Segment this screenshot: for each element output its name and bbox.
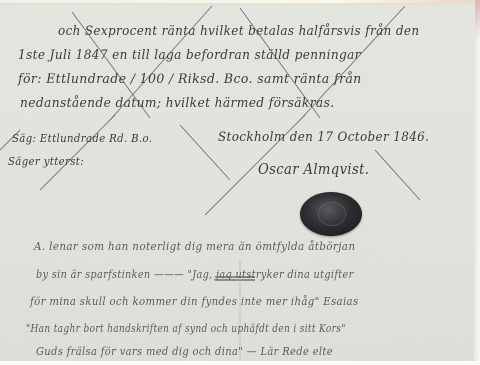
amount-note-line-1: Säg: Ettlundrade Rd. B.o. bbox=[12, 132, 152, 145]
body-line-1: och Sexprocent ränta hvilket betalas hal… bbox=[58, 24, 419, 39]
scan-bottom-margin bbox=[0, 361, 480, 365]
page-right-edge bbox=[474, 0, 480, 365]
wax-seal-icon bbox=[300, 192, 362, 236]
annotation-line-2: by sin är sparfstinken ——— "Jag, jag uts… bbox=[36, 268, 354, 281]
body-line-4: nedanstående datum; hvilket härmed försä… bbox=[20, 96, 335, 111]
annotation-line-1: A. lenar som han noterligt dig mera än ö… bbox=[34, 240, 355, 253]
signature: Oscar Almqvist. bbox=[258, 160, 369, 178]
annotation-line-4: "Han taghr bort handskriften af synd och… bbox=[26, 322, 346, 335]
body-line-2: 1ste Juli 1847 en till laga befordran st… bbox=[18, 48, 361, 63]
amount-note-line-2: Säger ytterst: bbox=[8, 155, 84, 168]
page-top-edge bbox=[0, 0, 480, 3]
annotation-line-3: för mina skull och kommer din fyndes int… bbox=[30, 295, 359, 308]
annotation-line-5: Guds frälsa för vars med dig och dina" —… bbox=[36, 345, 333, 358]
body-line-3: för: Ettlundrade / 100 / Riksd. Bco. sam… bbox=[18, 72, 362, 87]
place-date: Stockholm den 17 October 1846. bbox=[218, 130, 429, 145]
binding-tint bbox=[475, 0, 480, 40]
